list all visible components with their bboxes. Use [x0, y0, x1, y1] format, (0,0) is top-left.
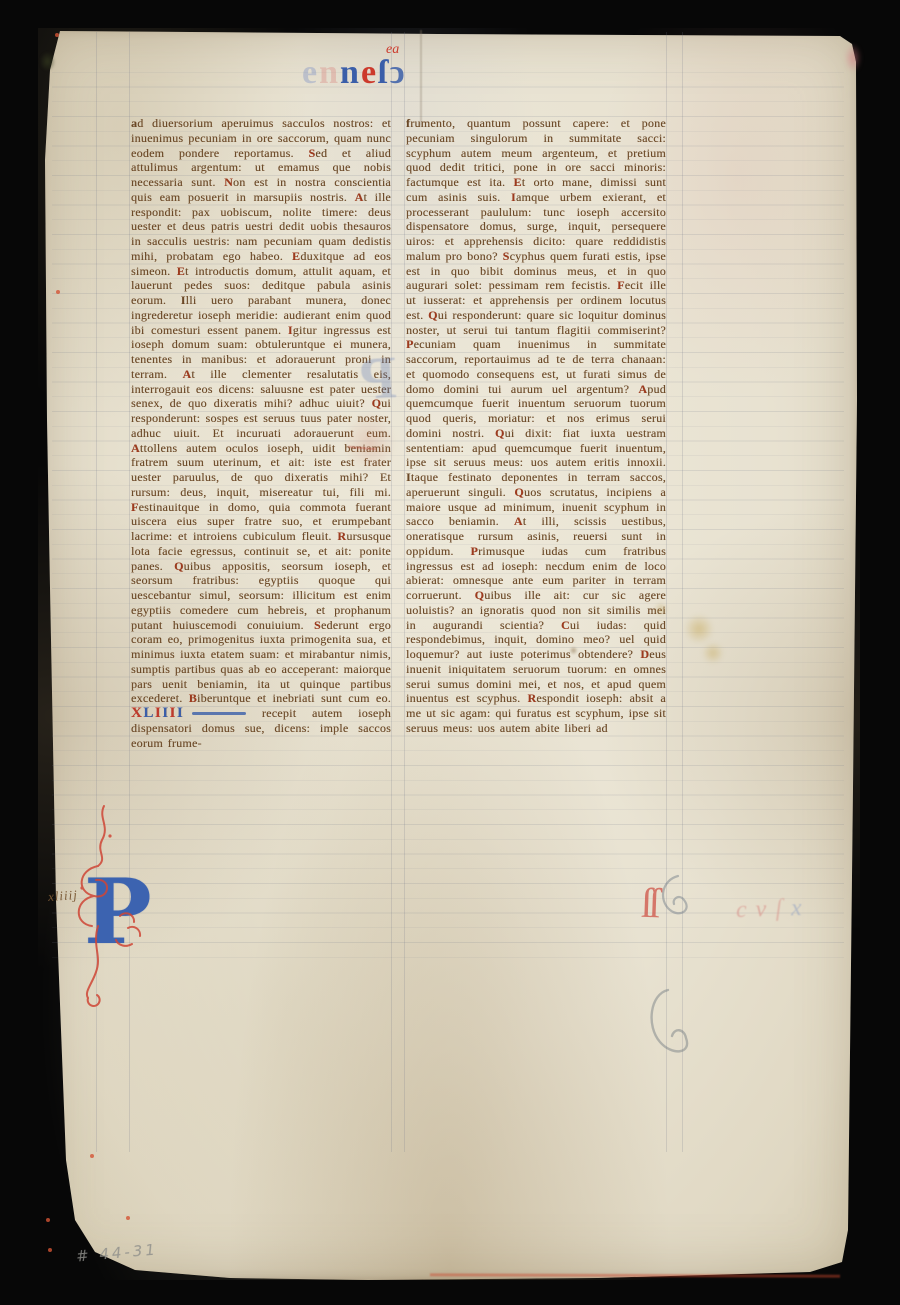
- touched-capital: Q: [495, 426, 505, 440]
- touched-capital: P: [470, 544, 478, 558]
- red-penwork-flourish: [58, 800, 138, 1012]
- red-speck: [55, 33, 59, 37]
- rubric-letter: I: [177, 705, 184, 721]
- red-speck: [126, 1216, 130, 1220]
- running-title-letters: enneſↄ: [302, 56, 407, 90]
- touched-capital: R: [337, 529, 346, 543]
- red-speck: [46, 1218, 50, 1222]
- running-title-letter: ↄ: [389, 54, 406, 91]
- red-pen-trial-mark: ſſ: [640, 880, 657, 929]
- chapter-number-rubric: XLIIII: [131, 705, 246, 721]
- touched-capital: F: [131, 500, 139, 514]
- touched-capital: F: [617, 278, 625, 292]
- running-title-genesis: ea enneſↄ: [302, 46, 522, 106]
- ear-shaped-doodle: [640, 950, 710, 1090]
- body-text: ui responderunt: quare sic loquitur domi…: [406, 308, 666, 337]
- touched-capital: Q: [514, 485, 524, 499]
- touched-capital: Q: [428, 308, 438, 322]
- touched-capital: C: [561, 618, 570, 632]
- text-column-left: ad diuersorium aperuimus sacculos nostro…: [131, 116, 391, 952]
- touched-capital: D: [640, 647, 649, 661]
- touched-capital: A: [638, 382, 647, 396]
- running-title-letter: e: [302, 54, 319, 91]
- body-text: iberuntque et inebriati sunt cum eo.: [197, 691, 391, 705]
- body-text: ecuniam quam inuenimus in summitate sacc…: [406, 337, 666, 395]
- ink-smudge: [344, 412, 396, 474]
- text-column-right: frumento, quantum possunt capere: et pon…: [406, 116, 666, 952]
- touched-capital: S: [503, 249, 510, 263]
- touched-capital: Q: [174, 559, 184, 573]
- margin-chapter-note: xliiij: [47, 887, 78, 905]
- red-speck: [56, 290, 60, 294]
- rubric-letter: X: [131, 705, 143, 721]
- touched-capital: E: [177, 264, 185, 278]
- running-title-letter: n: [319, 54, 340, 91]
- offset-letter: v: [755, 896, 776, 923]
- running-title-letter: ſ: [378, 54, 389, 91]
- touched-capital: A: [355, 190, 364, 204]
- rubric-letter: I: [162, 705, 169, 721]
- rubric-letter: I: [170, 705, 177, 721]
- red-speck: [90, 1154, 94, 1158]
- running-title-letter: n: [340, 54, 361, 91]
- red-speck: [48, 1248, 52, 1252]
- offset-letters-from-facing-page: cvſx: [736, 895, 812, 925]
- gray-penwork-trial: [652, 870, 702, 930]
- touched-capital: B: [189, 691, 197, 705]
- offset-letter: ſ: [775, 895, 792, 922]
- photograph-black-backdrop: { "running_title": { "superscript": "ea"…: [0, 0, 900, 1305]
- touched-capital: P: [406, 337, 414, 351]
- offset-letter: x: [791, 895, 812, 922]
- touched-capital: A: [131, 441, 140, 455]
- showthrough-initial: P: [358, 343, 398, 414]
- rubric-letter: L: [143, 705, 155, 721]
- rubric-line-filler: [192, 712, 246, 716]
- touched-capital: S: [314, 618, 321, 632]
- touched-capital: Q: [475, 588, 485, 602]
- touched-capital: E: [513, 175, 521, 189]
- running-title-letter: e: [361, 54, 378, 91]
- offset-letter: c: [736, 897, 757, 924]
- touched-capital: N: [224, 175, 233, 189]
- touched-capital: A: [514, 514, 523, 528]
